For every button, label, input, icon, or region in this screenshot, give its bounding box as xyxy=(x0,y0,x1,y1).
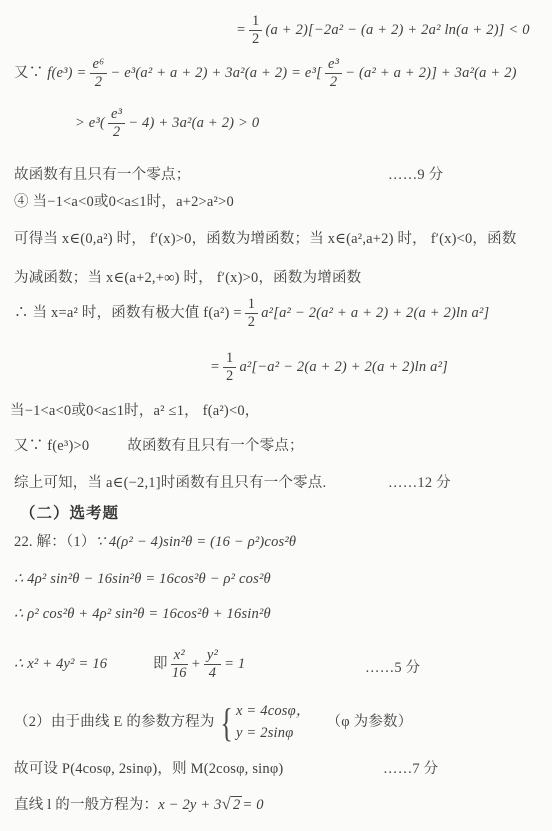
fraction-denominator: 2 xyxy=(252,31,259,47)
fraction-denominator: 4 xyxy=(209,665,216,681)
fraction-numerator: 1 xyxy=(245,297,258,314)
formula-line-3: > e³(e³2− 4) + 3a²(a + 2) > 0 xyxy=(75,107,259,140)
body-text: 可得当 x∈(0,a²) 时， f′(x)>0，函数为增函数；当 x∈(a²,a… xyxy=(14,231,517,247)
formula-text: ∴ 4ρ² sin²θ − 16sin²θ = 16cos²θ − ρ² cos… xyxy=(14,571,271,587)
fraction-numerator: 1 xyxy=(249,14,262,31)
equation-system: x = 4cosφ，y = 2sinφ xyxy=(236,701,311,743)
fraction-one-half: 12 xyxy=(249,14,262,47)
fraction-numerator: x² xyxy=(171,648,188,665)
parametric-equation-line: （2）由于曲线 E 的参数方程为{x = 4cosφ，y = 2sinφ（φ 为… xyxy=(14,699,412,746)
formula-text: f(e³) = xyxy=(47,65,86,81)
formula-text: − e³(a² + a + 2) + 3a²(a + 2) = e³[ xyxy=(110,65,322,81)
fraction-numerator: y² xyxy=(204,648,221,665)
case-4-line: ④ 当−1<a<0或0<a≤1时，a+2>a²>0 xyxy=(14,190,234,211)
score-mark-7: ……7 分 xyxy=(383,757,438,778)
case-text: ④ 当−1<a<0或0<a≤1时，a+2>a²>0 xyxy=(14,194,234,210)
formula-text: = 0 xyxy=(242,797,263,813)
formula-line-2: 又∵ f(e³) =e⁶2− e³(a² + a + 2) + 3a²(a + … xyxy=(14,57,517,90)
formula-line-9: =12a²[−a² − 2(a + 2) + 2(a + 2)ln a²] xyxy=(210,351,448,384)
monotonicity-line-2: 为减函数；当 x∈(a+2,+∞) 时， f′(x)>0，函数为增函数 xyxy=(14,266,361,287)
heading-text: （二）选考题 xyxy=(20,505,119,522)
left-brace: { xyxy=(220,699,233,746)
fraction-denominator: 2 xyxy=(330,74,337,90)
fraction-e3-over-2: e³2 xyxy=(325,57,342,90)
body-text: （2）由于曲线 E 的参数方程为 xyxy=(14,714,215,730)
conclusion-line: 故函数有且只有一个零点； ……9 分 xyxy=(14,163,190,184)
formula-text: a²[a² − 2(a² + a + 2) + 2(a + 2)ln a²] xyxy=(261,305,489,321)
body-text: 故可设 P(4cosφ, 2sinφ)，则 M(2cosφ, sinφ) xyxy=(14,761,283,777)
formula-line-16: ∴ ρ² cos²θ + 4ρ² sin²θ = 16cos²θ + 16sin… xyxy=(14,606,271,623)
body-text: ∴ 当 x=a² 时，函数有极大值 f(a²) = xyxy=(14,305,242,321)
standard-form-group: 即x²16+y²4= 1 xyxy=(153,648,245,681)
fraction-denominator: 2 xyxy=(95,74,102,90)
radical-sign: √ xyxy=(222,794,231,813)
line-equation-line: 直线 l 的一般方程为：x − 2y + 3√2= 0 xyxy=(14,793,264,814)
equals-sign: = xyxy=(236,22,246,38)
parameter-note: （φ 为参数） xyxy=(327,714,413,730)
formula-text: > e³( xyxy=(75,115,105,131)
formula-text: x − 2y + 3 xyxy=(158,797,221,813)
point-definition-line: 故可设 P(4cosφ, 2sinφ)，则 M(2cosφ, sinφ) ……7… xyxy=(14,757,283,778)
conclusion-text: 故函数有且只有一个零点； xyxy=(127,438,303,454)
fraction-denominator: 2 xyxy=(113,124,120,140)
formula-text: − 4) + 3a²(a + 2) > 0 xyxy=(128,115,259,131)
monotonicity-line-1: 可得当 x∈(0,a²) 时， f′(x)>0，函数为增函数；当 x∈(a²,a… xyxy=(14,227,517,248)
fraction-numerator: e³ xyxy=(108,107,125,124)
body-text: 当−1<a<0或0<a≤1时，a² ≤1， f(a²)<0， xyxy=(10,403,259,419)
inequality-line: 当−1<a<0或0<a≤1时，a² ≤1， f(a²)<0， xyxy=(10,399,259,420)
equals-one: = 1 xyxy=(224,656,245,672)
fraction-numerator: e³ xyxy=(325,57,342,74)
fraction-one-half: 12 xyxy=(245,297,258,330)
that-is-text: 即 xyxy=(153,656,168,672)
score-mark-12: ……12 分 xyxy=(388,471,451,492)
formula-text: a²[−a² − 2(a + 2) + 2(a + 2)ln a²] xyxy=(239,359,448,375)
score-mark-5: ……5 分 xyxy=(365,656,420,677)
fraction-one-half: 12 xyxy=(223,351,236,384)
system-row-y: y = 2sinφ xyxy=(236,723,311,744)
maximum-value-line: ∴ 当 x=a² 时，函数有极大值 f(a²) =12a²[a² − 2(a² … xyxy=(14,297,489,330)
body-text: 直线 l 的一般方程为： xyxy=(14,797,158,813)
square-root: √2 xyxy=(222,797,243,813)
formula-text: (a + 2)[−2a² − (a + 2) + 2a² ln(a + 2)] … xyxy=(265,22,529,38)
document-page: =12(a + 2)[−2a² − (a + 2) + 2a² ln(a + 2… xyxy=(0,0,552,831)
formula-line-15: ∴ 4ρ² sin²θ − 16sin²θ = 16cos²θ − ρ² cos… xyxy=(14,571,271,588)
body-text: 为减函数；当 x∈(a+2,+∞) 时， f′(x)>0，函数为增函数 xyxy=(14,270,361,286)
score-mark-9: ……9 分 xyxy=(388,163,443,184)
fraction-x2-over-16: x²16 xyxy=(171,648,188,681)
problem-label: 22. 解：（1） xyxy=(14,534,96,550)
formula-text: ∴ x² + 4y² = 16 xyxy=(14,656,107,673)
plus-sign: + xyxy=(191,656,201,672)
formula-text: ∵ 4(ρ² − 4)sin²θ = (16 − ρ²)cos²θ xyxy=(96,534,297,550)
fraction-e6-over-2: e⁶2 xyxy=(90,57,108,90)
radicand: 2 xyxy=(231,796,242,813)
fraction-denominator: 2 xyxy=(248,314,255,330)
fraction-numerator: e⁶ xyxy=(90,57,108,74)
formula-line-1: =12(a + 2)[−2a² − (a + 2) + 2a² ln(a + 2… xyxy=(236,14,530,47)
formula-text: ∴ ρ² cos²θ + 4ρ² sin²θ = 16cos²θ + 16sin… xyxy=(14,606,271,622)
system-row-x: x = 4cosφ， xyxy=(236,701,311,722)
summary-text: 综上可知，当 a∈(−2,1]时函数有且只有一个零点. xyxy=(14,475,326,491)
section-heading: （二）选考题 xyxy=(20,501,119,523)
problem-22-line: 22. 解：（1）∵ 4(ρ² − 4)sin²θ = (16 − ρ²)cos… xyxy=(14,530,296,551)
summary-line: 综上可知，当 a∈(−2,1]时函数有且只有一个零点. ……12 分 xyxy=(14,471,326,492)
fraction-denominator: 2 xyxy=(226,368,233,384)
ellipse-equation-line: ∴ x² + 4y² = 16 即x²16+y²4= 1 ……5 分 xyxy=(14,645,552,685)
formula-text: 又∵ f(e³)>0 xyxy=(14,438,89,454)
fraction-denominator: 16 xyxy=(172,665,187,681)
formula-text: − (a² + a + 2)] + 3a²(a + 2) xyxy=(345,65,517,81)
fraction-y2-over-4: y²4 xyxy=(204,648,221,681)
equals-sign: = xyxy=(210,359,220,375)
connector-text: 又∵ xyxy=(14,65,43,81)
fraction-numerator: 1 xyxy=(223,351,236,368)
zero-point-line: 又∵ f(e³)>0故函数有且只有一个零点； xyxy=(14,434,304,455)
conclusion-text: 故函数有且只有一个零点； xyxy=(14,167,190,183)
fraction-e3-over-2: e³2 xyxy=(108,107,125,140)
